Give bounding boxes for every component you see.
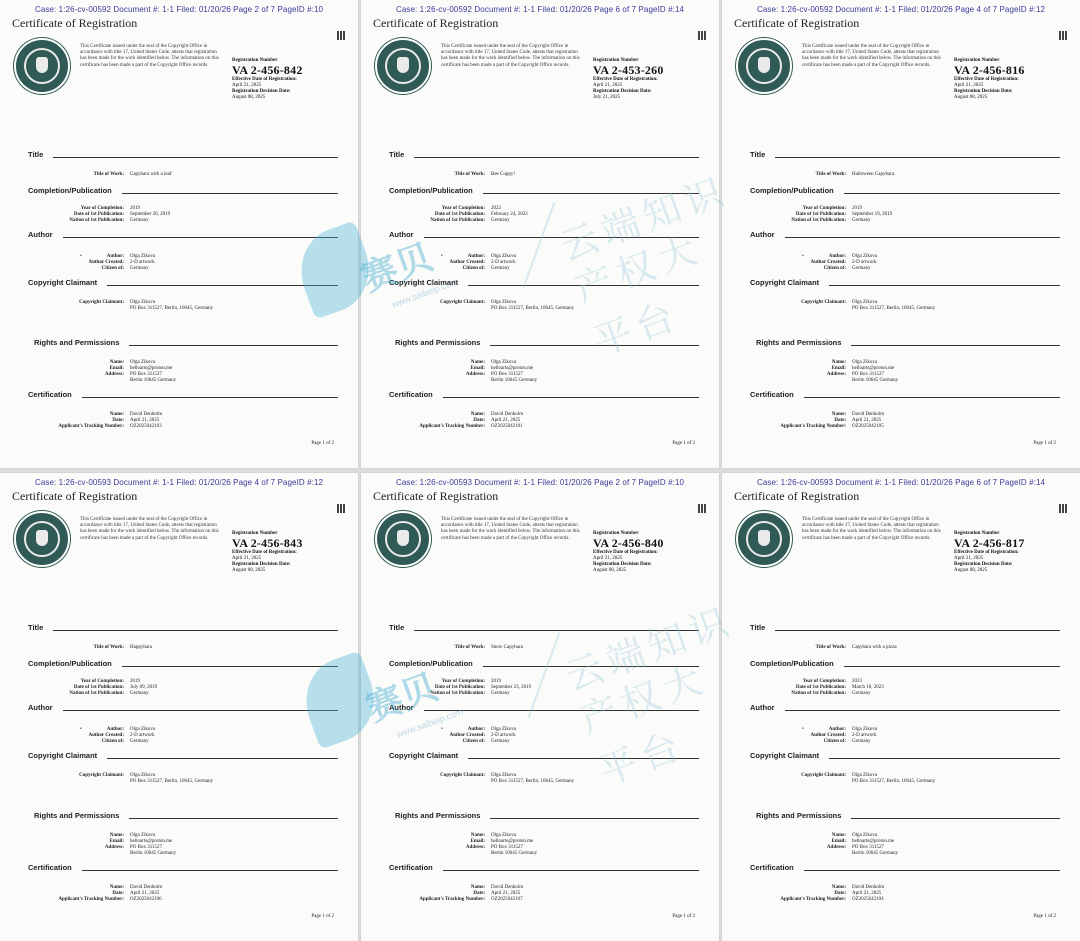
copyright-office-seal-icon: [375, 38, 431, 94]
claimant-fields: Copyright Claimant:Olga Zikova PO Box 31…: [361, 773, 719, 785]
claimant-address: PO Box 311527, Berlin, 10645, Germany: [852, 306, 1080, 312]
section-title-label: Title: [389, 150, 404, 159]
section-author-label: Author: [28, 230, 53, 239]
section-completion: Completion/Publication: [28, 659, 338, 668]
registration-number: VA 2-453-260: [593, 64, 713, 77]
section-completion-label: Completion/Publication: [389, 659, 473, 668]
section-title-label: Title: [750, 623, 765, 632]
title-of-work-label: Title of Work:: [361, 172, 491, 178]
nation-of-publication-label: Nation of 1st Publication:: [722, 691, 852, 697]
bullet-icon: •: [802, 254, 804, 259]
section-claimant-label: Copyright Claimant: [28, 278, 97, 287]
case-header: Case: 1:26-cv-00592 Document #: 1-1 File…: [722, 5, 1080, 14]
section-rights-label: Rights and Permissions: [34, 338, 119, 347]
page-number: Page 1 of 2: [311, 914, 334, 919]
claimant-address: PO Box 311527, Berlin, 10645, Germany: [491, 306, 719, 312]
title-fields: Title of Work:Bee Cuppy!: [361, 172, 719, 178]
section-claimant: Copyright Claimant: [750, 751, 1060, 760]
page-number: Page 1 of 2: [672, 914, 695, 919]
section-claimant-label: Copyright Claimant: [750, 278, 819, 287]
registration-block: Registration Number VA 2-456-840 Effecti…: [593, 531, 713, 574]
rights-fields: Name:Olga Zikova Email:helloarts@proton.…: [722, 360, 1080, 384]
title-of-work-label: Title of Work:: [0, 645, 130, 651]
author-fields: • Author:Olga Zikova Author Created:2-D …: [361, 727, 719, 745]
rights-address-line-2: Berlin 10645 Germany: [491, 378, 719, 384]
tracking-number: OZ2025042106: [130, 897, 358, 903]
case-header: Case: 1:26-cv-00593 Document #: 1-1 File…: [0, 478, 358, 487]
section-author-label: Author: [750, 703, 775, 712]
nation-of-publication-label: Nation of 1st Publication:: [722, 218, 852, 224]
section-title: Title: [389, 623, 699, 632]
registration-block: Registration Number VA 2-456-843 Effecti…: [232, 531, 352, 574]
decision-date: August 08, 2025: [232, 95, 352, 101]
bullet-icon: •: [802, 727, 804, 732]
section-title-label: Title: [750, 150, 765, 159]
citizen-of-label: Citizen of:: [361, 739, 491, 745]
section-certification-label: Certification: [28, 863, 72, 872]
certificate-heading: Certificate of Registration: [373, 16, 498, 31]
title-fields: Title of Work:Halloween Capybara: [722, 172, 1080, 178]
section-claimant-label: Copyright Claimant: [750, 751, 819, 760]
rights-fields: Name:Olga Zikova Email:helloarts@proton.…: [361, 360, 719, 384]
decision-date: August 08, 2025: [954, 95, 1074, 101]
decision-date: July 21, 2025: [593, 95, 713, 101]
author-fields: • Author:Olga Zikova Author Created:2-D …: [0, 254, 358, 272]
section-rights: Rights and Permissions: [395, 811, 699, 820]
qr-code-icon: [337, 31, 346, 40]
certification-fields: Name:David Denholm Date:April 21, 2025 A…: [722, 412, 1080, 430]
citizen-of: Germany: [130, 739, 358, 745]
section-title-label: Title: [28, 150, 43, 159]
citizen-of: Germany: [491, 266, 719, 272]
section-title: Title: [750, 623, 1060, 632]
section-title: Title: [28, 623, 338, 632]
section-author: Author: [28, 703, 338, 712]
claimant-address: PO Box 311527, Berlin, 10645, Germany: [491, 779, 719, 785]
section-rights: Rights and Permissions: [34, 811, 338, 820]
page-number: Page 1 of 2: [1033, 914, 1056, 919]
section-rights-label: Rights and Permissions: [34, 811, 119, 820]
rights-fields: Name:Olga Zikova Email:helloarts@proton.…: [0, 360, 358, 384]
title-of-work-label: Title of Work:: [361, 645, 491, 651]
citizen-of-label: Citizen of:: [722, 266, 852, 272]
registration-number: VA 2-456-843: [232, 537, 352, 550]
nation-of-publication: Germany: [130, 218, 358, 224]
section-title-label: Title: [389, 623, 404, 632]
certificate-page: Case: 1:26-cv-00593 Document #: 1-1 File…: [361, 473, 719, 941]
title-of-work-label: Title of Work:: [722, 645, 852, 651]
certificate-heading: Certificate of Registration: [12, 489, 137, 504]
registration-number: VA 2-456-816: [954, 64, 1074, 77]
certificate-page: Case: 1:26-cv-00593 Document #: 1-1 File…: [722, 473, 1080, 941]
qr-code-icon: [1059, 31, 1068, 40]
claimant-address: PO Box 311527, Berlin, 10645, Germany: [130, 779, 358, 785]
author-fields: • Author:Olga Zikova Author Created:2-D …: [361, 254, 719, 272]
citizen-of: Germany: [852, 266, 1080, 272]
tracking-number-label: Applicant's Tracking Number:: [722, 424, 852, 430]
bullet-icon: •: [441, 254, 443, 259]
section-completion: Completion/Publication: [389, 186, 699, 195]
case-header: Case: 1:26-cv-00593 Document #: 1-1 File…: [722, 478, 1080, 487]
claimant-fields: Copyright Claimant:Olga Zikova PO Box 31…: [0, 773, 358, 785]
citizen-of: Germany: [852, 739, 1080, 745]
section-completion-label: Completion/Publication: [28, 659, 112, 668]
tracking-number: OZ2025042103: [130, 424, 358, 430]
certificate-heading: Certificate of Registration: [734, 489, 859, 504]
certificate-heading: Certificate of Registration: [734, 16, 859, 31]
section-completion: Completion/Publication: [750, 186, 1060, 195]
section-claimant: Copyright Claimant: [389, 278, 699, 287]
decision-date: August 08, 2025: [232, 568, 352, 574]
certificate-heading: Certificate of Registration: [373, 489, 498, 504]
completion-fields: Year of Completion:2019 Date of 1st Publ…: [722, 206, 1080, 224]
case-header: Case: 1:26-cv-00593 Document #: 1-1 File…: [361, 478, 719, 487]
section-completion: Completion/Publication: [750, 659, 1060, 668]
tracking-number: OZ2025042101: [491, 424, 719, 430]
section-rights-label: Rights and Permissions: [395, 811, 480, 820]
section-author-label: Author: [28, 703, 53, 712]
citizen-of-label: Citizen of:: [361, 266, 491, 272]
tracking-number: OZ2025042105: [852, 424, 1080, 430]
section-claimant-label: Copyright Claimant: [28, 751, 97, 760]
decision-date: August 08, 2025: [954, 568, 1074, 574]
bullet-icon: •: [80, 254, 82, 259]
completion-fields: Year of Completion:2019 Date of 1st Publ…: [361, 679, 719, 697]
intro-text: This Certificate issued under the seal o…: [441, 517, 581, 542]
section-claimant: Copyright Claimant: [28, 751, 338, 760]
qr-code-icon: [1059, 504, 1068, 513]
bullet-icon: •: [80, 727, 82, 732]
intro-text: This Certificate issued under the seal o…: [802, 517, 942, 542]
tracking-number-label: Applicant's Tracking Number:: [0, 424, 130, 430]
title-of-work-label: Title of Work:: [0, 172, 130, 178]
title-of-work: Bee Cuppy!: [491, 172, 719, 178]
tracking-number-label: Applicant's Tracking Number:: [722, 897, 852, 903]
section-completion: Completion/Publication: [28, 186, 338, 195]
completion-fields: Year of Completion:2023 Date of 1st Publ…: [722, 679, 1080, 697]
page-number: Page 1 of 2: [672, 441, 695, 446]
section-author: Author: [389, 703, 699, 712]
certificate-page: Case: 1:26-cv-00592 Document #: 1-1 File…: [722, 0, 1080, 468]
section-certification: Certification: [750, 390, 1060, 399]
section-author-label: Author: [389, 703, 414, 712]
author-fields: • Author:Olga Zikova Author Created:2-D …: [722, 254, 1080, 272]
section-certification-label: Certification: [389, 863, 433, 872]
claimant-fields: Copyright Claimant:Olga Zikova PO Box 31…: [722, 300, 1080, 312]
title-fields: Title of Work:Happybara: [0, 645, 358, 651]
title-of-work: Halloween Capybara: [852, 172, 1080, 178]
section-certification: Certification: [750, 863, 1060, 872]
copyright-office-seal-icon: [736, 511, 792, 567]
section-certification: Certification: [28, 863, 338, 872]
completion-fields: Year of Completion:2019 Date of 1st Publ…: [0, 206, 358, 224]
claimant-fields: Copyright Claimant:Olga Zikova PO Box 31…: [722, 773, 1080, 785]
certificate-page: Case: 1:26-cv-00592 Document #: 1-1 File…: [0, 0, 358, 468]
qr-code-icon: [698, 504, 707, 513]
decision-date: August 08, 2025: [593, 568, 713, 574]
rights-fields: Name:Olga Zikova Email:helloarts@proton.…: [0, 833, 358, 857]
certificate-page: Case: 1:26-cv-00593 Document #: 1-1 File…: [0, 473, 358, 941]
section-author-label: Author: [750, 230, 775, 239]
certificate-page: Case: 1:26-cv-00592 Document #: 1-1 File…: [361, 0, 719, 468]
registration-block: Registration Number VA 2-456-816 Effecti…: [954, 58, 1074, 101]
nation-of-publication: Germany: [130, 691, 358, 697]
nation-of-publication-label: Nation of 1st Publication:: [361, 691, 491, 697]
section-completion-label: Completion/Publication: [28, 186, 112, 195]
claimant-address: PO Box 311527, Berlin, 10645, Germany: [852, 779, 1080, 785]
section-title-label: Title: [28, 623, 43, 632]
title-of-work-label: Title of Work:: [722, 172, 852, 178]
rights-address-line-2: Berlin 10645 Germany: [130, 378, 358, 384]
rights-address-line-2: Berlin 10645 Germany: [491, 851, 719, 857]
certificate-grid: Case: 1:26-cv-00592 Document #: 1-1 File…: [0, 0, 1080, 941]
section-certification: Certification: [389, 390, 699, 399]
qr-code-icon: [698, 31, 707, 40]
copyright-office-seal-icon: [736, 38, 792, 94]
section-author-label: Author: [389, 230, 414, 239]
author-fields: • Author:Olga Zikova Author Created:2-D …: [0, 727, 358, 745]
copyright-office-seal-icon: [14, 38, 70, 94]
title-fields: Title of Work:Snow Capybara: [361, 645, 719, 651]
certification-fields: Name:David Denholm Date:April 21, 2025 A…: [0, 885, 358, 903]
title-of-work: Capybara with a pizza: [852, 645, 1080, 651]
nation-of-publication: Germany: [852, 691, 1080, 697]
page-number: Page 1 of 2: [311, 441, 334, 446]
citizen-of-label: Citizen of:: [722, 739, 852, 745]
section-certification-label: Certification: [28, 390, 72, 399]
intro-text: This Certificate issued under the seal o…: [441, 44, 581, 69]
certification-fields: Name:David Denholm Date:April 21, 2025 A…: [361, 412, 719, 430]
tracking-number-label: Applicant's Tracking Number:: [361, 424, 491, 430]
nation-of-publication-label: Nation of 1st Publication:: [0, 691, 130, 697]
section-certification-label: Certification: [750, 390, 794, 399]
section-rights-label: Rights and Permissions: [395, 338, 480, 347]
rights-fields: Name:Olga Zikova Email:helloarts@proton.…: [722, 833, 1080, 857]
section-rights-label: Rights and Permissions: [756, 338, 841, 347]
nation-of-publication-label: Nation of 1st Publication:: [361, 218, 491, 224]
copyright-office-seal-icon: [375, 511, 431, 567]
section-title: Title: [28, 150, 338, 159]
completion-fields: Year of Completion:2022 Date of 1st Publ…: [361, 206, 719, 224]
section-title: Title: [750, 150, 1060, 159]
section-rights: Rights and Permissions: [34, 338, 338, 347]
case-header: Case: 1:26-cv-00592 Document #: 1-1 File…: [0, 5, 358, 14]
claimant-fields: Copyright Claimant:Olga Zikova PO Box 31…: [361, 300, 719, 312]
section-completion-label: Completion/Publication: [750, 659, 834, 668]
title-of-work: Capybara with a leaf: [130, 172, 358, 178]
bullet-icon: •: [441, 727, 443, 732]
completion-fields: Year of Completion:2019 Date of 1st Publ…: [0, 679, 358, 697]
citizen-of-label: Citizen of:: [0, 266, 130, 272]
intro-text: This Certificate issued under the seal o…: [80, 44, 220, 69]
registration-number: VA 2-456-817: [954, 537, 1074, 550]
certification-fields: Name:David Denholm Date:April 21, 2025 A…: [0, 412, 358, 430]
registration-block: Registration Number VA 2-456-842 Effecti…: [232, 58, 352, 101]
page-number: Page 1 of 2: [1033, 441, 1056, 446]
intro-text: This Certificate issued under the seal o…: [802, 44, 942, 69]
nation-of-publication: Germany: [852, 218, 1080, 224]
citizen-of: Germany: [491, 739, 719, 745]
registration-number: VA 2-456-840: [593, 537, 713, 550]
section-claimant: Copyright Claimant: [750, 278, 1060, 287]
section-author: Author: [750, 230, 1060, 239]
section-author: Author: [28, 230, 338, 239]
section-completion-label: Completion/Publication: [389, 186, 473, 195]
intro-text: This Certificate issued under the seal o…: [80, 517, 220, 542]
citizen-of-label: Citizen of:: [0, 739, 130, 745]
title-of-work: Snow Capybara: [491, 645, 719, 651]
claimant-address: PO Box 311527, Berlin, 10645, Germany: [130, 306, 358, 312]
author-fields: • Author:Olga Zikova Author Created:2-D …: [722, 727, 1080, 745]
title-fields: Title of Work:Capybara with a leaf: [0, 172, 358, 178]
section-certification: Certification: [28, 390, 338, 399]
case-header: Case: 1:26-cv-00592 Document #: 1-1 File…: [361, 5, 719, 14]
section-rights: Rights and Permissions: [756, 338, 1060, 347]
section-completion: Completion/Publication: [389, 659, 699, 668]
section-certification-label: Certification: [389, 390, 433, 399]
citizen-of: Germany: [130, 266, 358, 272]
section-rights: Rights and Permissions: [756, 811, 1060, 820]
tracking-number: OZ2025042104: [852, 897, 1080, 903]
certification-fields: Name:David Denholm Date:April 21, 2025 A…: [722, 885, 1080, 903]
registration-block: Registration Number VA 2-453-260 Effecti…: [593, 58, 713, 101]
section-claimant: Copyright Claimant: [389, 751, 699, 760]
tracking-number-label: Applicant's Tracking Number:: [0, 897, 130, 903]
section-author: Author: [389, 230, 699, 239]
section-rights: Rights and Permissions: [395, 338, 699, 347]
section-claimant-label: Copyright Claimant: [389, 751, 458, 760]
nation-of-publication: Germany: [491, 691, 719, 697]
nation-of-publication: Germany: [491, 218, 719, 224]
rights-address-line-2: Berlin 10645 Germany: [852, 851, 1080, 857]
claimant-fields: Copyright Claimant:Olga Zikova PO Box 31…: [0, 300, 358, 312]
section-completion-label: Completion/Publication: [750, 186, 834, 195]
registration-block: Registration Number VA 2-456-817 Effecti…: [954, 531, 1074, 574]
section-claimant-label: Copyright Claimant: [389, 278, 458, 287]
rights-address-line-2: Berlin 10645 Germany: [852, 378, 1080, 384]
certification-fields: Name:David Denholm Date:April 21, 2025 A…: [361, 885, 719, 903]
section-certification: Certification: [389, 863, 699, 872]
tracking-number-label: Applicant's Tracking Number:: [361, 897, 491, 903]
section-title: Title: [389, 150, 699, 159]
nation-of-publication-label: Nation of 1st Publication:: [0, 218, 130, 224]
qr-code-icon: [337, 504, 346, 513]
section-author: Author: [750, 703, 1060, 712]
tracking-number: OZ2025042107: [491, 897, 719, 903]
copyright-office-seal-icon: [14, 511, 70, 567]
section-claimant: Copyright Claimant: [28, 278, 338, 287]
registration-number: VA 2-456-842: [232, 64, 352, 77]
certificate-heading: Certificate of Registration: [12, 16, 137, 31]
rights-fields: Name:Olga Zikova Email:helloarts@proton.…: [361, 833, 719, 857]
title-fields: Title of Work:Capybara with a pizza: [722, 645, 1080, 651]
section-certification-label: Certification: [750, 863, 794, 872]
section-rights-label: Rights and Permissions: [756, 811, 841, 820]
title-of-work: Happybara: [130, 645, 358, 651]
rights-address-line-2: Berlin 10645 Germany: [130, 851, 358, 857]
